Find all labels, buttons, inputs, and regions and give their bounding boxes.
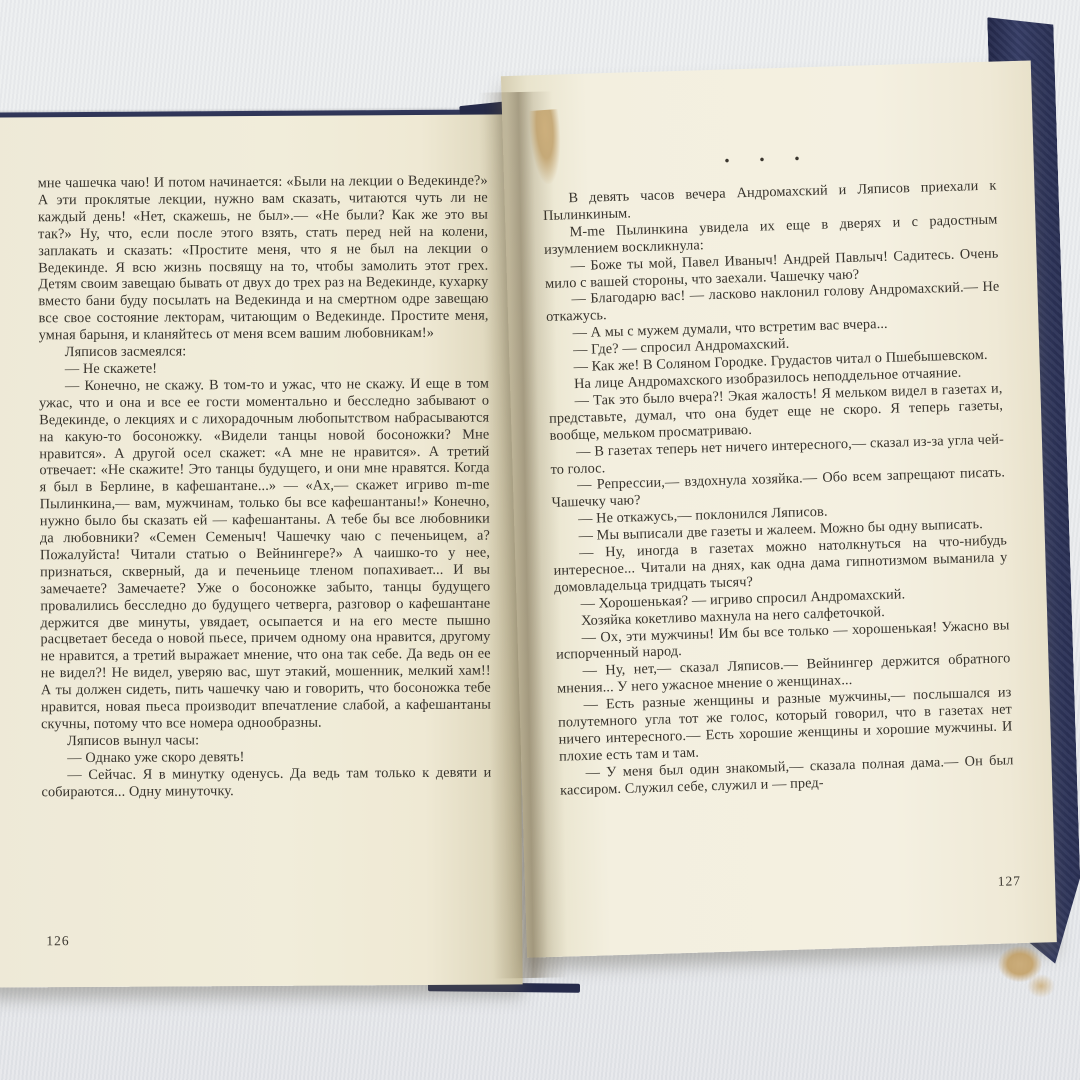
- left-page-text: мне чашечка чаю! И потом начинается: «Бы…: [38, 173, 492, 801]
- section-divider: • • •: [541, 146, 995, 176]
- paragraph: — Сейчас. Я в минутку оденусь. Да ведь т…: [41, 764, 491, 801]
- left-page: мне чашечка чаю! И потом начинается: «Бы…: [0, 114, 523, 987]
- left-page-number: 126: [46, 933, 69, 949]
- book-photo-background: мне чашечка чаю! И потом начинается: «Бы…: [0, 0, 1080, 1080]
- paragraph: мне чашечка чаю! И потом начинается: «Бы…: [38, 173, 489, 345]
- right-page: • • • В девять часов вечера Андромахский…: [501, 60, 1057, 957]
- gutter-deckle-edge: [528, 109, 563, 185]
- paragraph: — Конечно, не скажу. В том-то и ужас, чт…: [39, 375, 491, 733]
- right-page-text: В девять часов вечера Андромахский и Ляп…: [542, 178, 1014, 800]
- paper-wear-speck: [1027, 974, 1055, 998]
- right-page-number: 127: [998, 873, 1022, 890]
